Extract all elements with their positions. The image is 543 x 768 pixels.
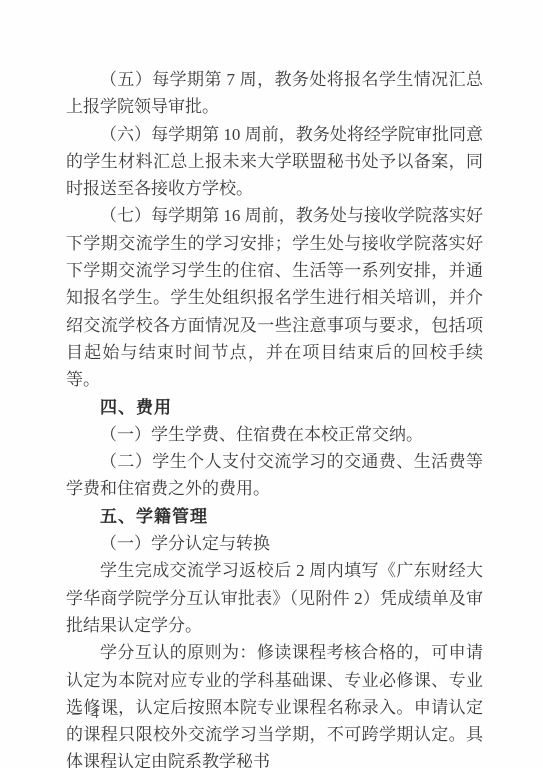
paragraph: （七）每学期第 16 周前，教务处与接收学院落实好下学期交流学生的学习安排；学生…: [66, 202, 483, 393]
document-body: （五）每学期第 7 周，教务处将报名学生情况汇总上报学院领导审批。（六）每学期第…: [66, 66, 483, 768]
section-heading: 五、学籍管理: [66, 503, 483, 530]
paragraph: （五）每学期第 7 周，教务处将报名学生情况汇总上报学院领导审批。: [66, 66, 483, 121]
document-page: （五）每学期第 7 周，教务处将报名学生情况汇总上报学院领导审批。（六）每学期第…: [0, 0, 543, 768]
section-heading: 四、费用: [66, 394, 483, 421]
paragraph: （一）学分认定与转换: [66, 530, 483, 557]
paragraph: 学分互认的原则为：修读课程考核合格的，可申请认定为本院对应专业的学科基础课、专业…: [66, 639, 483, 768]
paragraph: （二）学生个人支付交流学习的交通费、生活费等学费和住宿费之外的费用。: [66, 448, 483, 503]
page-number: – 4 –: [72, 706, 122, 723]
paragraph: （一）学生学费、住宿费在本校正常交纳。: [66, 421, 483, 448]
paragraph: （六）每学期第 10 周前，教务处将经学院审批同意的学生材料汇总上报未来大学联盟…: [66, 121, 483, 203]
paragraph: 学生完成交流学习返校后 2 周内填写《广东财经大学华商学院学分互认审批表》（见附…: [66, 557, 483, 639]
